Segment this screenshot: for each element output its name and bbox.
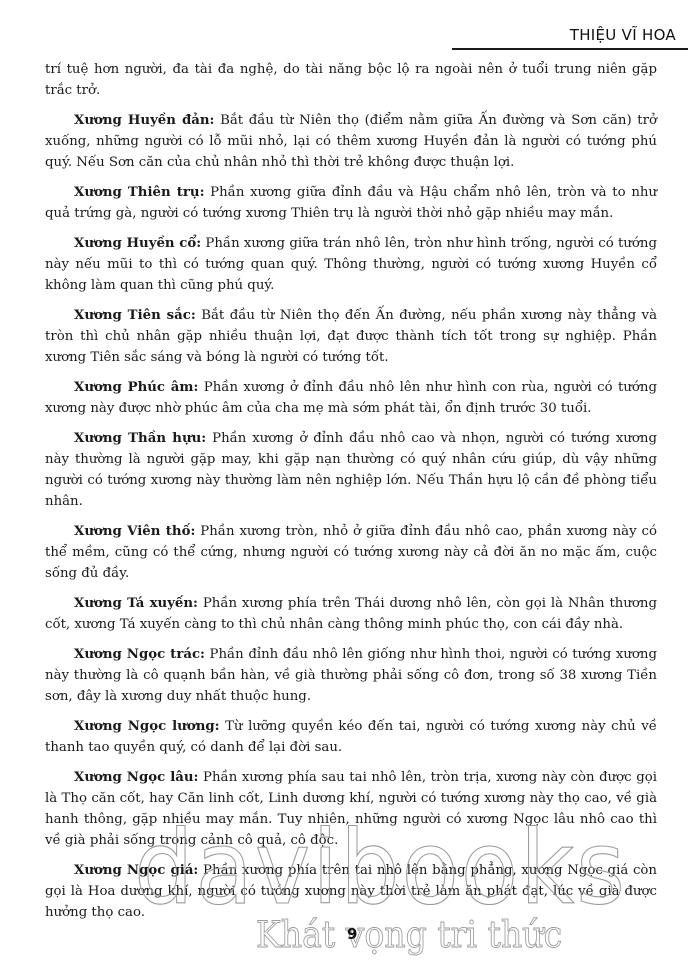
entry-term: Xương Ngọc lương: bbox=[74, 719, 220, 734]
entry-term: Xương Ngọc trác: bbox=[74, 647, 205, 662]
entry-vien-tho: Xương Viên thố: Phần xương tròn, nhỏ ở g… bbox=[45, 521, 657, 584]
entry-term: Xương Phúc âm: bbox=[74, 380, 198, 395]
entry-term: Xương Huyền đản: bbox=[74, 113, 214, 128]
entry-ta-xuyen: Xương Tá xuyến: Phần xương phía trên Thá… bbox=[45, 593, 657, 635]
page-number: 9 bbox=[347, 925, 357, 943]
entry-term: Xương Thiên trụ: bbox=[74, 185, 204, 200]
entry-tien-sac: Xương Tiên sắc: Bắt đầu từ Niên thọ đến … bbox=[45, 305, 657, 368]
entry-than-huu: Xương Thần hựu: Phần xương ở đỉnh đầu nh… bbox=[45, 428, 657, 512]
entry-huyen-co: Xương Huyền cổ: Phần xương giữa trán nhô… bbox=[45, 233, 657, 296]
entry-term: Xương Huyền cổ: bbox=[74, 236, 201, 251]
entry-term: Xương Ngọc lâu: bbox=[74, 770, 198, 785]
author-name: THIỆU VĨ HOA bbox=[570, 26, 676, 44]
entry-term: Xương Viên thố: bbox=[74, 524, 195, 539]
entry-thien-tru: Xương Thiên trụ: Phần xương giữa đỉnh đầ… bbox=[45, 182, 657, 224]
entry-ngoc-trac: Xương Ngọc trác: Phần đỉnh đầu nhô lên g… bbox=[45, 644, 657, 707]
entry-term: Xương Thần hựu: bbox=[74, 431, 206, 446]
entry-phuc-am: Xương Phúc âm: Phần xương ở đỉnh đầu nhô… bbox=[45, 377, 657, 419]
entry-huyen-dan: Xương Huyền đản: Bắt đầu từ Niên thọ (đi… bbox=[45, 110, 657, 173]
entry-term: Xương Tá xuyến: bbox=[74, 596, 198, 611]
entry-ngoc-luong: Xương Ngọc lương: Từ lưỡng quyền kéo đến… bbox=[45, 716, 657, 758]
page-body: trí tuệ hơn người, đa tài đa nghệ, do tà… bbox=[45, 59, 657, 932]
intro-paragraph: trí tuệ hơn người, đa tài đa nghệ, do tà… bbox=[45, 59, 657, 101]
watermark-brand: davibooks bbox=[134, 818, 627, 920]
watermark-slogan: Khát vọng tri thức bbox=[256, 918, 562, 954]
entry-term: Xương Tiên sắc: bbox=[74, 308, 196, 323]
running-header: THIỆU VĨ HOA bbox=[452, 22, 688, 50]
